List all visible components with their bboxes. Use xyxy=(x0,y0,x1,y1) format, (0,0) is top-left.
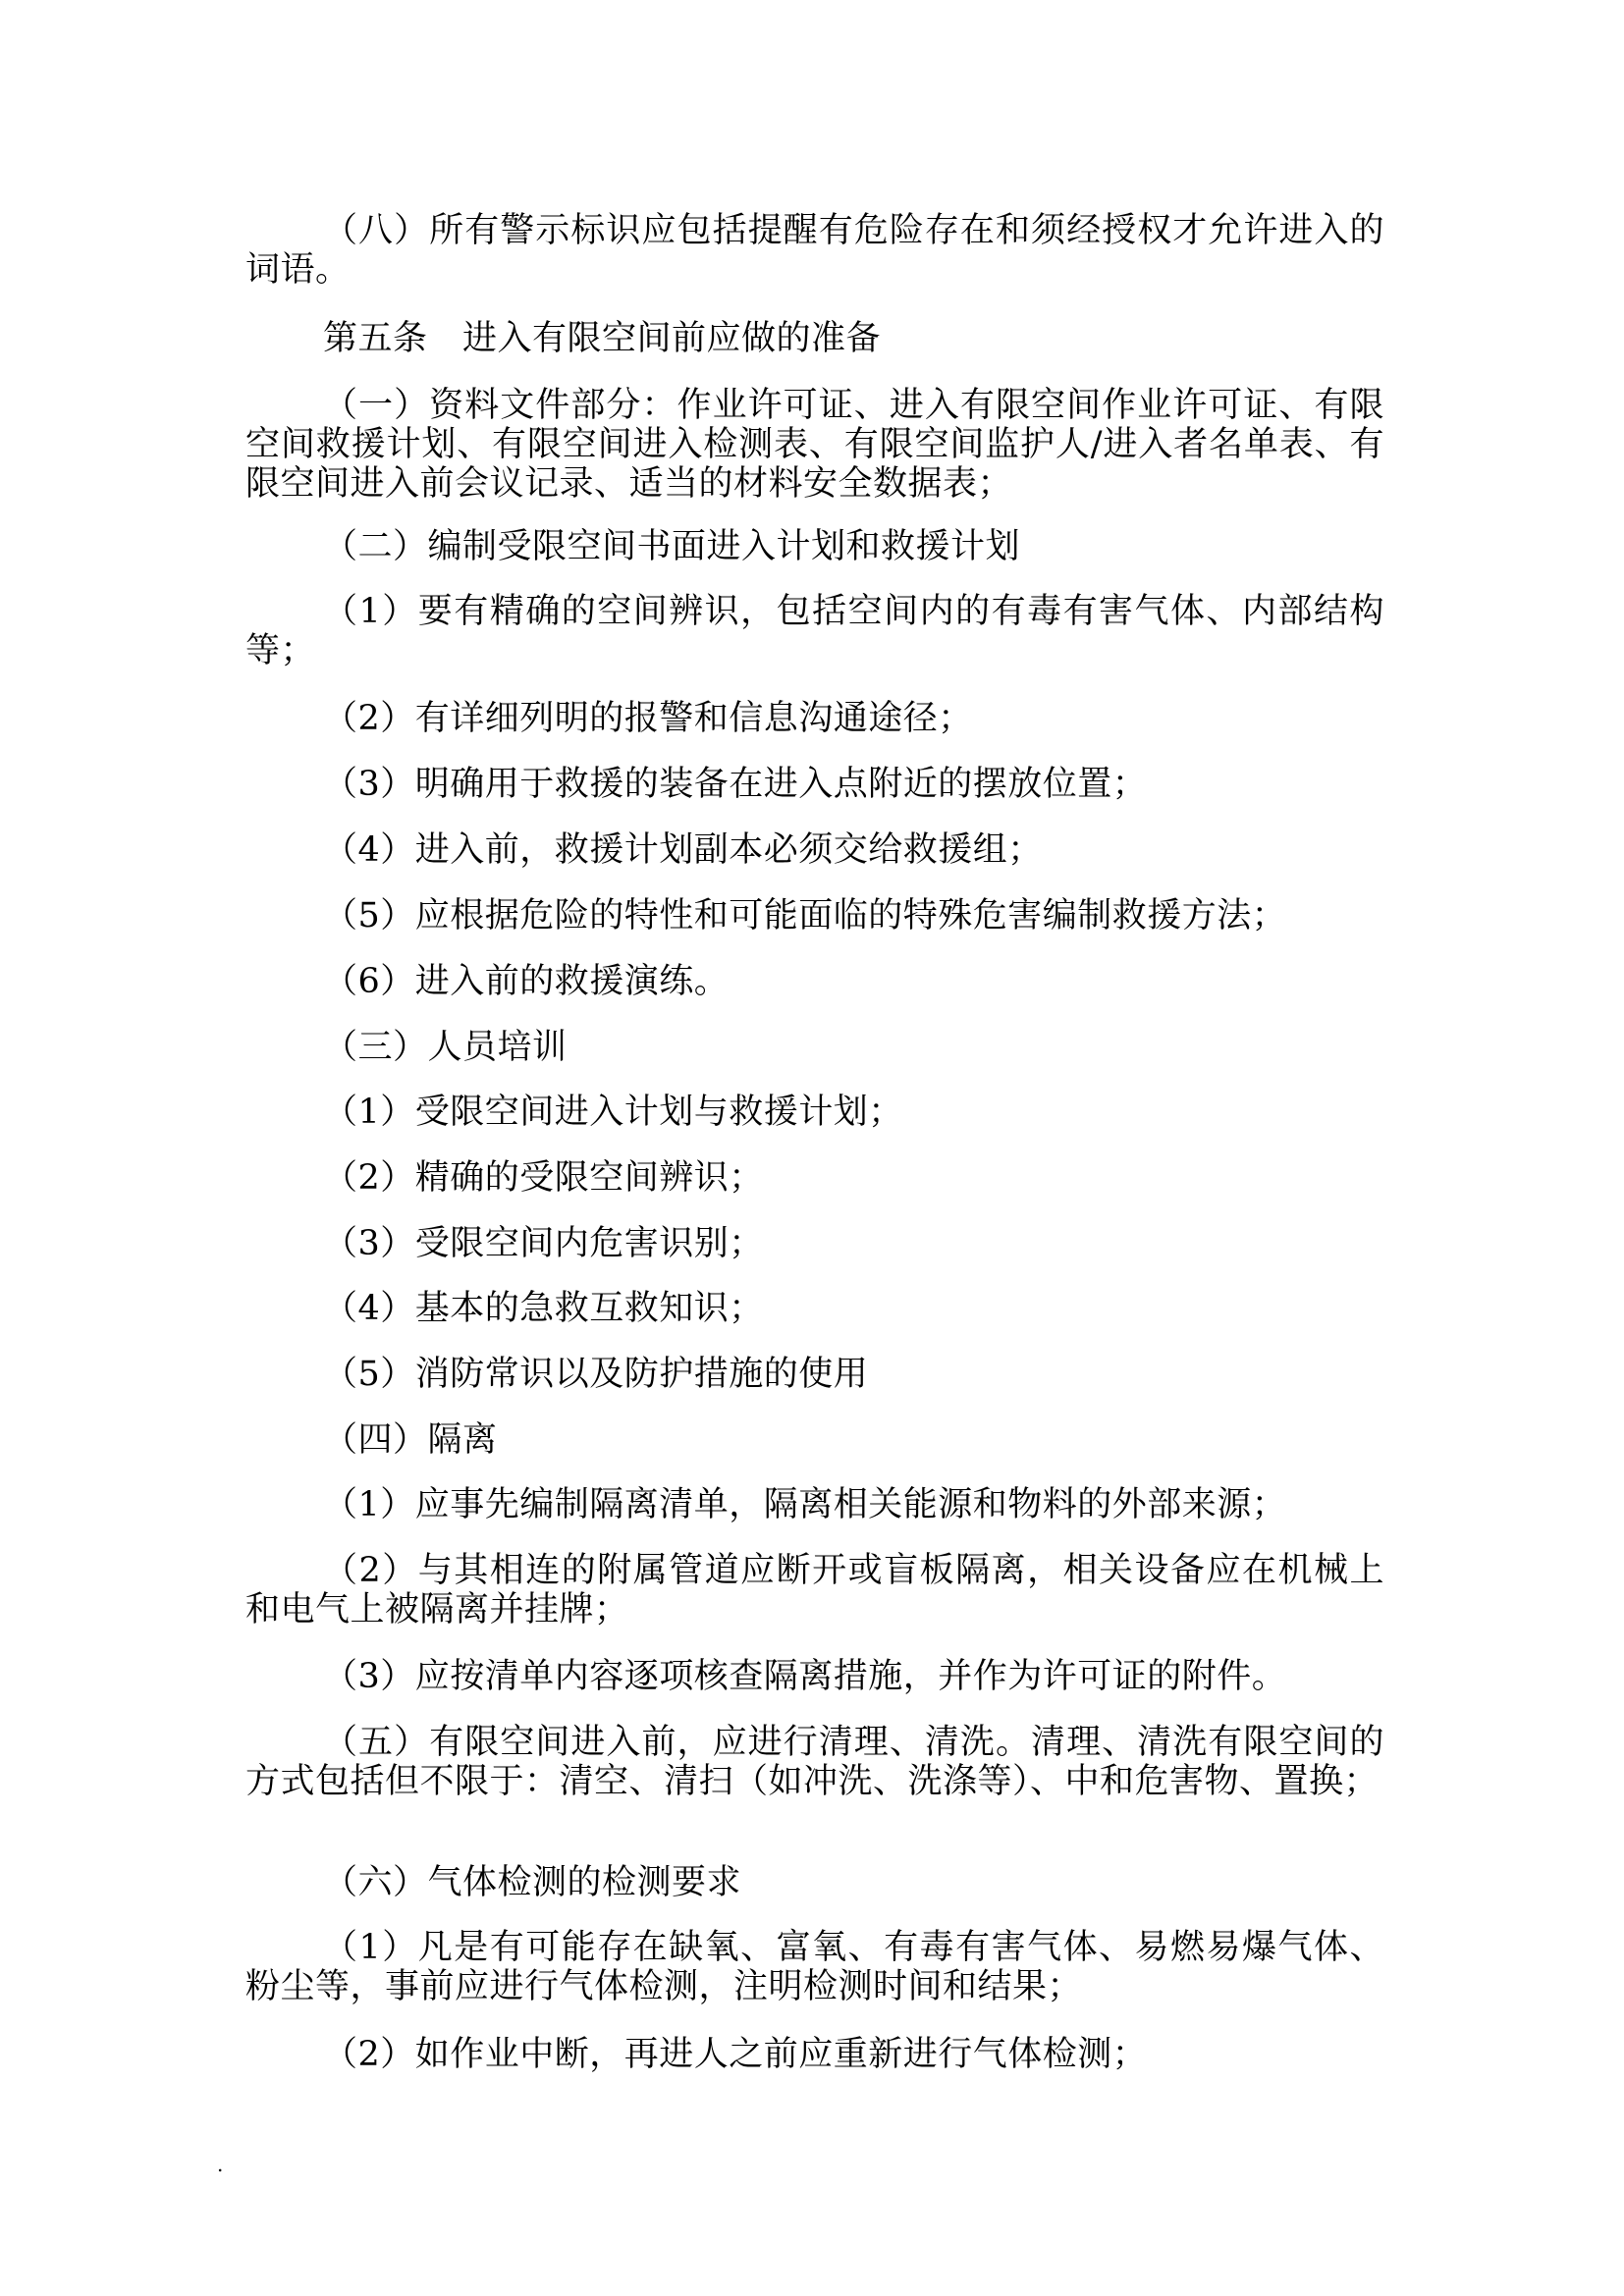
list-item: （5）应根据危险的特性和可能面临的特殊危害编制救援方法； xyxy=(245,896,1384,935)
list-item: （3）受限空间内危害识别； xyxy=(245,1224,1384,1263)
subsection-heading: （二）编制受限空间书面进入计划和救援计划 xyxy=(245,527,1384,566)
list-item: （5）消防常识以及防护措施的使用 xyxy=(245,1355,1384,1394)
paragraph: （八）所有警示标识应包括提醒有危险存在和须经授权才允许进入的词语。 xyxy=(245,211,1384,290)
paragraph: （一）资料文件部分：作业许可证、进入有限空间作业许可证、有限空间救援计划、有限空… xyxy=(245,386,1384,504)
list-item: （2）与其相连的附属管道应断开或盲板隔离，相关设备应在机械上和电气上被隔离并挂牌… xyxy=(245,1551,1384,1629)
list-item: （3）应按清单内容逐项核查隔离措施，并作为许可证的附件。 xyxy=(245,1657,1384,1696)
list-item: （6）进入前的救援演练。 xyxy=(245,962,1384,1001)
footer-mark: . xyxy=(217,2155,223,2174)
subsection-heading: （六）气体检测的检测要求 xyxy=(245,1863,1384,1902)
section-heading: 第五条 进入有限空间前应做的准备 xyxy=(245,319,1384,358)
list-item: （1）要有精确的空间辨识，包括空间内的有毒有害气体、内部结构等； xyxy=(245,592,1384,670)
list-item: （1）凡是有可能存在缺氧、富氧、有毒有害气体、易燃易爆气体、粉尘等，事前应进行气… xyxy=(245,1928,1384,2006)
list-item: （2）精确的受限空间辨识； xyxy=(245,1158,1384,1198)
list-item: （4）进入前，救援计划副本必须交给救援组； xyxy=(245,830,1384,870)
paragraph: （五）有限空间进入前，应进行清理、清洗。清理、清洗有限空间的方式包括但不限于：清… xyxy=(245,1723,1384,1801)
list-item: （1）受限空间进入计划与救援计划； xyxy=(245,1093,1384,1132)
list-item: （1）应事先编制隔离清单，隔离相关能源和物料的外部来源； xyxy=(245,1485,1384,1524)
list-item: （2）如作业中断，再进人之前应重新进行气体检测； xyxy=(245,2035,1384,2074)
subsection-heading: （四）隔离 xyxy=(245,1420,1384,1460)
subsection-heading: （三）人员培训 xyxy=(245,1028,1384,1067)
list-item: （4）基本的急救互救知识； xyxy=(245,1289,1384,1328)
list-item: （3）明确用于救援的装备在进入点附近的摆放位置； xyxy=(245,765,1384,804)
list-item: （2）有详细列明的报警和信息沟通途径； xyxy=(245,699,1384,738)
